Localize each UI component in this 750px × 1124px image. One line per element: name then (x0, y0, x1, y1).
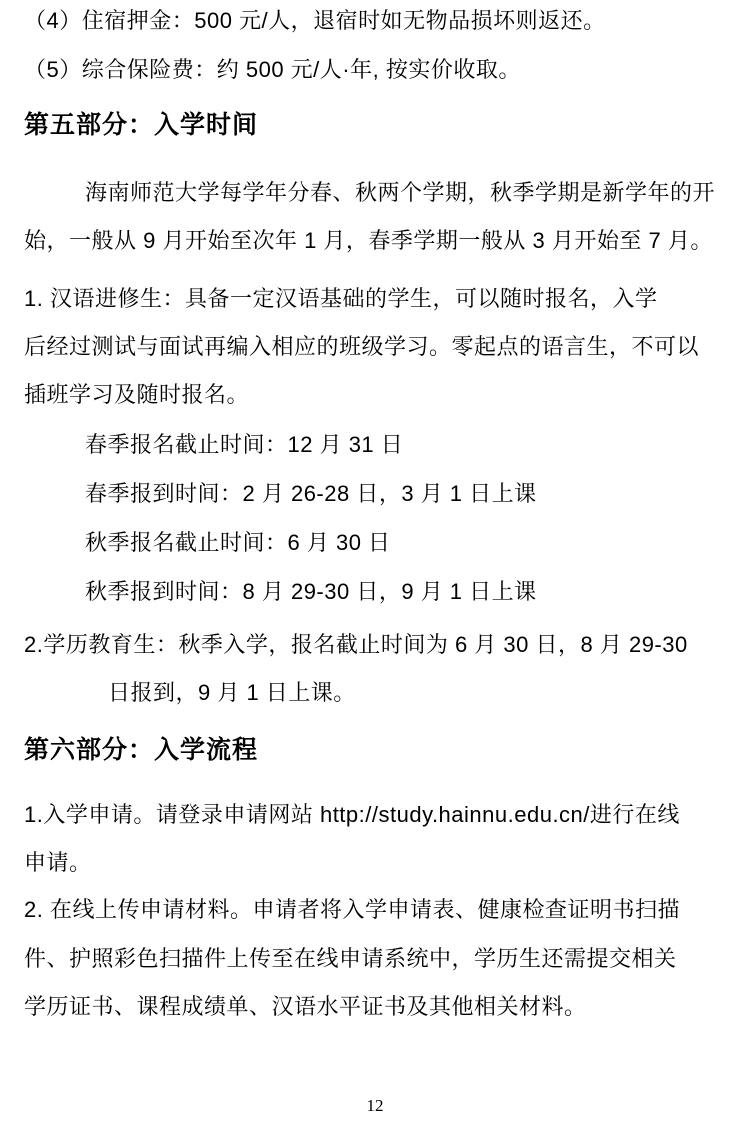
section-heading-part6: 第六部分：入学流程 (24, 735, 258, 765)
fee-item-insurance: （5）综合保险费：约 500 元/人·年, 按实价收取。 (24, 57, 521, 83)
page-number: 12 (0, 1096, 750, 1116)
fee-item-deposit: （4）住宿押金：500 元/人，退宿时如无物品损坏则返还。 (24, 8, 606, 34)
application-step2-line-3: 学历证书、课程成绩单、汉语水平证书及其他相关材料。 (24, 994, 587, 1020)
autumn-checkin-time: 秋季报到时间：8 月 29-30 日，9 月 1 日上课 (85, 579, 537, 605)
semester-paragraph-line-2: 始，一般从 9 月开始至次年 1 月，春季学期一般从 3 月开始至 7 月。 (24, 228, 713, 254)
chinese-program-line-3: 插班学习及随时报名。 (24, 382, 249, 408)
application-step2-line-1: 2. 在线上传申请材料。申请者将入学申请表、健康检查证明书扫描 (24, 897, 680, 923)
spring-registration-deadline: 春季报名截止时间：12 月 31 日 (85, 432, 403, 458)
application-step2-line-2: 件、护照彩色扫描件上传至在线申请系统中，学历生还需提交相关 (24, 946, 677, 972)
degree-student-line-2: 日报到，9 月 1 日上课。 (108, 680, 356, 706)
degree-student-line-1: 2.学历教育生：秋季入学，报名截止时间为 6 月 30 日，8 月 29-30 (24, 632, 688, 658)
application-step1-line-2: 申请。 (24, 850, 92, 876)
semester-paragraph-line-1: 海南师范大学每学年分春、秋两个学期，秋季学期是新学年的开 (85, 180, 715, 206)
autumn-registration-deadline: 秋季报名截止时间：6 月 30 日 (85, 530, 391, 556)
chinese-program-line-2: 后经过测试与面试再编入相应的班级学习。零起点的语言生，不可以 (24, 334, 699, 360)
section-heading-part5: 第五部分：入学时间 (24, 110, 258, 140)
document-page: （4）住宿押金：500 元/人，退宿时如无物品损坏则返还。 （5）综合保险费：约… (0, 0, 750, 1124)
spring-checkin-time: 春季报到时间：2 月 26-28 日，3 月 1 日上课 (85, 481, 537, 507)
application-step1-line-1: 1.入学申请。请登录申请网站 http://study.hainnu.edu.c… (24, 802, 680, 828)
chinese-program-line-1: 1. 汉语进修生：具备一定汉语基础的学生，可以随时报名，入学 (24, 286, 657, 312)
